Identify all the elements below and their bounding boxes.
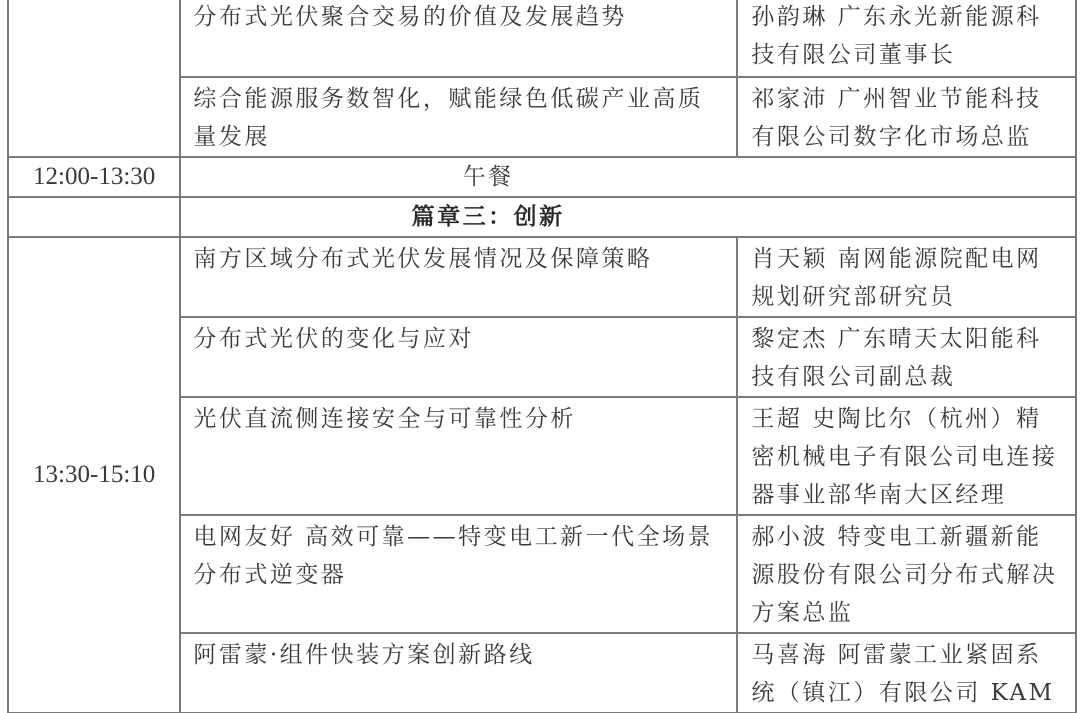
- topic-cell: 阿雷蒙·组件快装方案创新路线: [180, 633, 737, 713]
- table-row: 13:30-15:10 南方区域分布式光伏发展情况及保障策略 肖天颖 南网能源院…: [8, 237, 1076, 317]
- speaker-cell: 王超 史陶比尔（杭州）精密机械电子有限公司电连接器事业部华南大区经理: [737, 397, 1076, 515]
- time-cell: 12:00-13:30: [8, 157, 180, 197]
- time-cell-empty: [8, 0, 180, 157]
- speaker-cell: 马喜海 阿雷蒙工业紧固系统（镇江）有限公司 KAM: [737, 633, 1076, 713]
- topic-cell: 电网友好 高效可靠——特变电工新一代全场景分布式逆变器: [180, 515, 737, 633]
- chapter-title: 篇章三：创新: [180, 197, 1076, 237]
- speaker-cell: 黎定杰 广东晴天太阳能科技有限公司副总裁: [737, 317, 1076, 397]
- topic-cell: 分布式光伏聚合交易的价值及发展趋势: [180, 0, 737, 77]
- lunch-row: 12:00-13:30 午餐: [8, 157, 1076, 197]
- topic-cell: 南方区域分布式光伏发展情况及保障策略: [180, 237, 737, 317]
- table-row: 分布式光伏聚合交易的价值及发展趋势 孙韵琳 广东永光新能源科技有限公司董事长: [8, 0, 1076, 77]
- speaker-cell: 肖天颖 南网能源院配电网规划研究部研究员: [737, 237, 1076, 317]
- speaker-cell: 孙韵琳 广东永光新能源科技有限公司董事长: [737, 0, 1076, 77]
- agenda-table: 分布式光伏聚合交易的价值及发展趋势 孙韵琳 广东永光新能源科技有限公司董事长 综…: [7, 0, 1077, 713]
- lunch-label: 午餐: [180, 157, 1076, 197]
- topic-cell: 光伏直流侧连接安全与可靠性分析: [180, 397, 737, 515]
- time-cell-empty: [8, 197, 180, 237]
- chapter-row: 篇章三：创新: [8, 197, 1076, 237]
- topic-cell: 分布式光伏的变化与应对: [180, 317, 737, 397]
- speaker-cell: 郝小波 特变电工新疆新能源股份有限公司分布式解决方案总监: [737, 515, 1076, 633]
- topic-cell: 综合能源服务数智化，赋能绿色低碳产业高质量发展: [180, 77, 737, 157]
- time-cell: 13:30-15:10: [8, 237, 180, 713]
- speaker-cell: 祁家沛 广州智业节能科技有限公司数字化市场总监: [737, 77, 1076, 157]
